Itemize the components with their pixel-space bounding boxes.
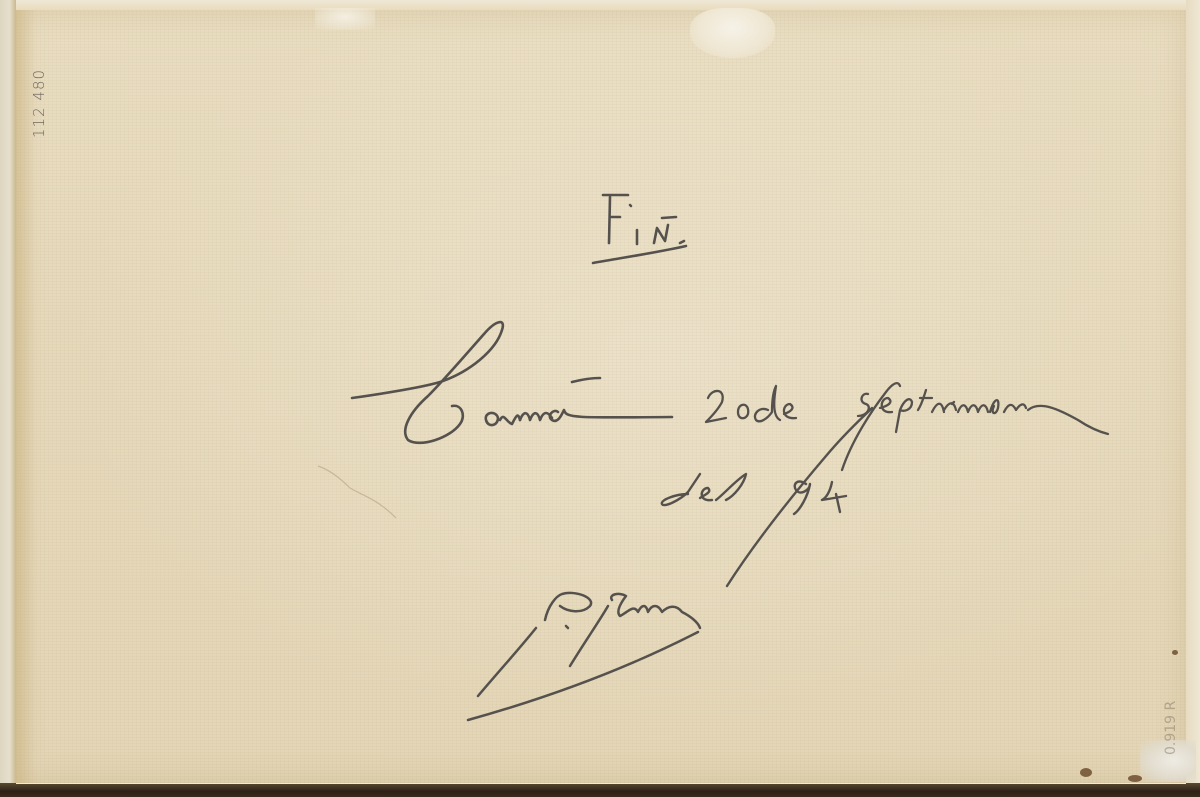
year-strokes bbox=[662, 408, 872, 586]
place-coruna-strokes bbox=[352, 322, 672, 443]
signature-strokes bbox=[468, 593, 700, 720]
handwriting-layer bbox=[0, 0, 1200, 797]
title-fin-strokes bbox=[593, 195, 686, 263]
date-strokes bbox=[706, 383, 1108, 470]
